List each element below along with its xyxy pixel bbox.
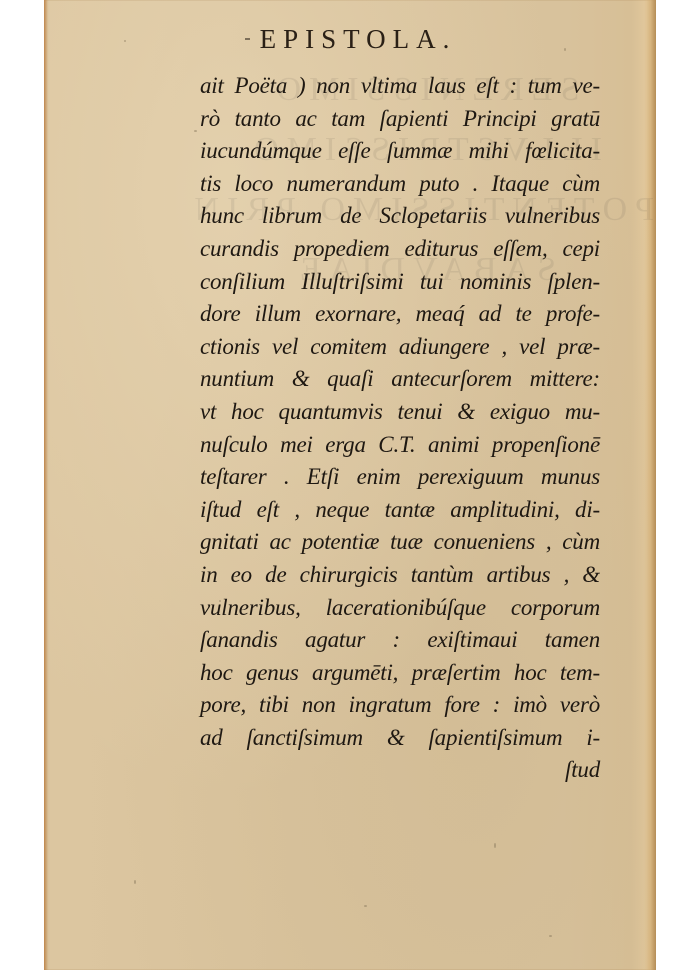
page-fore-edge bbox=[644, 0, 656, 970]
text-line: ait Poëta ) non vltima laus eſt : tum ve… bbox=[200, 70, 600, 103]
text-line: tis loco numerandum puto . Itaque cùm bbox=[200, 168, 600, 201]
text-line: vt hoc quantumvis tenui & exiguo mu- bbox=[200, 396, 600, 429]
paper-speck bbox=[364, 905, 367, 907]
text-line: iucundúmque eſſe ſummæ mihi fœlicita- bbox=[200, 135, 600, 168]
paper-speck bbox=[134, 880, 136, 884]
text-line: hoc genus argumēti, præſertim hoc tem- bbox=[200, 657, 600, 690]
paper-speck bbox=[194, 130, 197, 132]
paper-speck bbox=[124, 40, 126, 42]
text-line: conſilium Illuſtriſsimi tui nominis ſple… bbox=[200, 266, 600, 299]
body-text: ait Poëta ) non vltima laus eſt : tum ve… bbox=[200, 70, 600, 787]
text-line: teſtarer . Etſi enim perexiguum munus bbox=[200, 461, 600, 494]
text-line: pore, tibi non ingratum fore : imò verò bbox=[200, 689, 600, 722]
text-line: vulneribus, lacerationibúſque corporum bbox=[200, 592, 600, 625]
catchword: ſtud bbox=[200, 754, 600, 787]
paper-speck bbox=[549, 935, 552, 937]
book-page: SERENISSIMO ILLVSTRISSIMO POTENTISSIMO P… bbox=[44, 0, 656, 970]
text-line: gnitati ac potentiæ tuæ conueniens , cùm bbox=[200, 526, 600, 559]
text-line: iſtud eſt , neque tantæ amplitudini, di- bbox=[200, 494, 600, 527]
text-line: nuntium & quaſi antecurſorem mittere: bbox=[200, 363, 600, 396]
text-line: in eo de chirurgicis tantùm artibus , & bbox=[200, 559, 600, 592]
text-line: ad ſanctiſsimum & ſapientiſsimum i- bbox=[200, 722, 600, 755]
text-line: dore illum exornare, meaq́ ad te profe- bbox=[200, 298, 600, 331]
text-line: curandis propediem editurus eſſem, cepi bbox=[200, 233, 600, 266]
paper-speck bbox=[219, 600, 221, 602]
text-line: nuſculo mei erga C.T. animi propenſionē bbox=[200, 429, 600, 462]
page-gutter-edge bbox=[44, 0, 48, 970]
paper-speck bbox=[494, 843, 496, 848]
paper-speck bbox=[564, 48, 566, 51]
text-line: rò tanto ac tam ſapienti Principi gratū bbox=[200, 103, 600, 136]
text-line: ſanandis agatur : exiſtimaui tamen bbox=[200, 624, 600, 657]
text-line: ctionis vel comitem adiungere , vel præ- bbox=[200, 331, 600, 364]
text-line: hunc librum de Sclopetariis vulneribus bbox=[200, 200, 600, 233]
